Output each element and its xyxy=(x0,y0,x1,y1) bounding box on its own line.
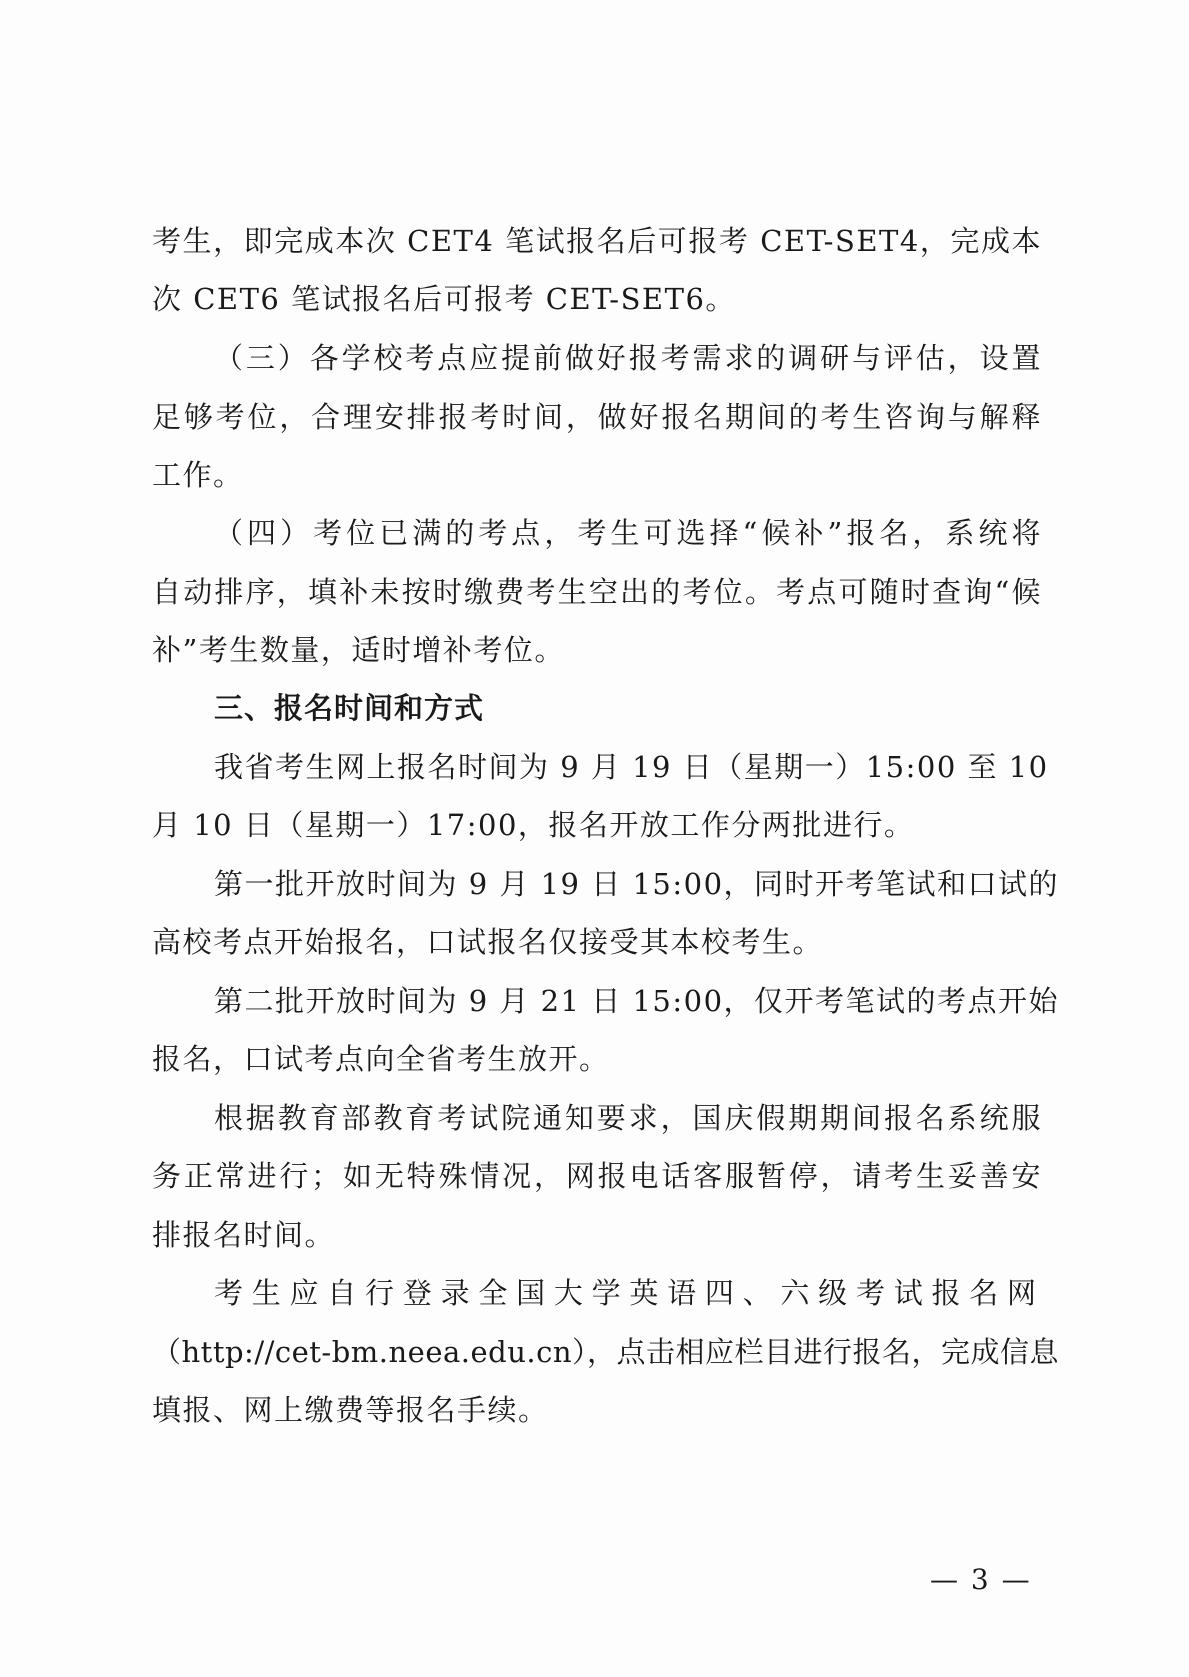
text-line: 务正常进行；如无特殊情况，网报电话客服暂停，请考生妥善安 xyxy=(152,1156,1042,1196)
text-line: 根据教育部教育考试院通知要求，国庆假期期间报名系统服 xyxy=(214,1098,1042,1138)
text-line: 次 CET6 笔试报名后可报考 CET-SET6。 xyxy=(152,279,1042,319)
document-page: 考生，即完成本次 CET4 笔试报名后可报考 CET-SET4，完成本 次 CE… xyxy=(0,0,1189,1677)
text-line: 填报、网上缴费等报名手续。 xyxy=(152,1390,1042,1430)
text-line: 考生，即完成本次 CET4 笔试报名后可报考 CET-SET4，完成本 xyxy=(152,221,1042,261)
text-line-with-url: （http://cet-bm.neea.edu.cn），点击相应栏目进行报名，完… xyxy=(152,1332,1042,1372)
page-number: — 3 — xyxy=(930,1562,1032,1598)
section-heading: 三、报名时间和方式 xyxy=(214,688,1042,728)
text-line: 工作。 xyxy=(152,455,1042,495)
text-line: 排报名时间。 xyxy=(152,1215,1042,1255)
text-line: 第一批开放时间为 9 月 19 日 15:00，同时开考笔试和口试的 xyxy=(214,864,1042,904)
text-line: 补”考生数量，适时增补考位。 xyxy=(152,630,1042,670)
text-line: 高校考点开始报名，口试报名仅接受其本校考生。 xyxy=(152,922,1042,962)
text-line: 我省考生网上报名时间为 9 月 19 日（星期一）15:00 至 10 xyxy=(214,747,1042,787)
text-line: 考生应自行登录全国大学英语四、六级考试报名网 xyxy=(214,1273,1042,1313)
text-line: （四）考位已满的考点，考生可选择“候补”报名，系统将 xyxy=(214,513,1042,553)
text-line: 月 10 日（星期一）17:00，报名开放工作分两批进行。 xyxy=(152,805,1042,845)
text-line: 第二批开放时间为 9 月 21 日 15:00，仅开考笔试的考点开始 xyxy=(214,981,1042,1021)
text-line: （三）各学校考点应提前做好报考需求的调研与评估，设置 xyxy=(214,338,1042,378)
text-line: 自动排序，填补未按时缴费考生空出的考位。考点可随时查询“候 xyxy=(152,572,1042,612)
text-line: 足够考位，合理安排报考时间，做好报名期间的考生咨询与解释 xyxy=(152,397,1042,437)
text-line: 报名，口试考点向全省考生放开。 xyxy=(152,1039,1042,1079)
